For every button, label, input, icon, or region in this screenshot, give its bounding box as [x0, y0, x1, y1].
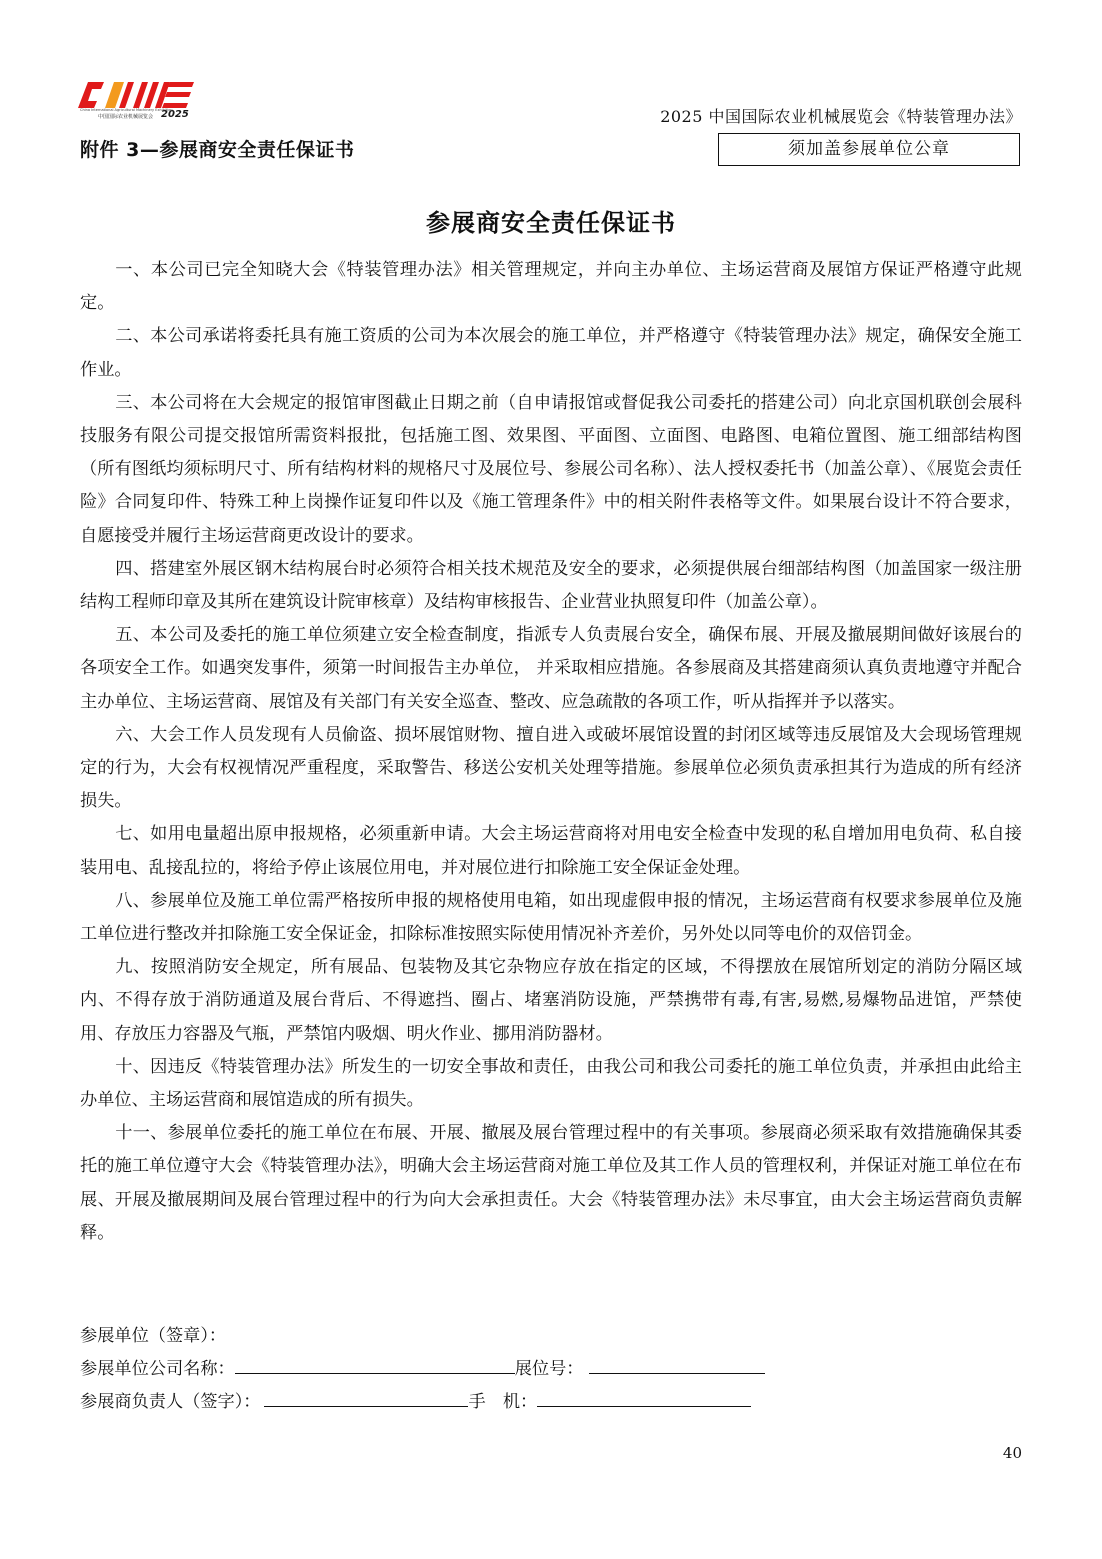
company-name-label: 参展单位公司名称： [80, 1353, 235, 1386]
document-body: 一、本公司已完全知晓大会《特装管理办法》相关管理规定，并向主办单位、主场运营商及… [80, 254, 1022, 1250]
seal-row: 参展单位（签章）： [80, 1320, 765, 1353]
stamp-notice-box: 须加盖参展单位公章 [718, 133, 1020, 166]
company-row: 参展单位公司名称： 展位号： [80, 1353, 765, 1386]
responsible-label: 参展商负责人（签字）： [80, 1386, 260, 1419]
booth-no-label: 展位号： [515, 1353, 584, 1386]
camie-logo-mark [78, 80, 194, 110]
booth-no-field[interactable] [589, 1355, 765, 1374]
responsible-signature-field[interactable] [264, 1388, 468, 1407]
clause-6: 六、大会工作人员发现有人员偷盗、损坏展馆财物、擅自进入或破坏展馆设置的封闭区域等… [80, 719, 1022, 819]
clause-1: 一、本公司已完全知晓大会《特装管理办法》相关管理规定，并向主办单位、主场运营商及… [80, 254, 1022, 320]
logo-year: 2025 [161, 109, 189, 120]
clause-2: 二、本公司承诺将委托具有施工资质的公司为本次展会的施工单位，并严格遵守《特装管理… [80, 320, 1022, 386]
phone-label: 手 机： [468, 1386, 537, 1419]
seal-label: 参展单位（签章）： [80, 1320, 226, 1353]
running-title: 2025 中国国际农业机械展览会《特装管理办法》 [660, 104, 1022, 127]
document-title: 参展商安全责任保证书 [0, 203, 1102, 238]
logo-subtitle-en: China International Agricultural Machine… [80, 108, 173, 112]
clause-11: 十一、参展单位委托的施工单位在布展、开展、撤展及展台管理过程中的有关事项。参展商… [80, 1117, 1022, 1250]
clause-4: 四、搭建室外展区钢木结构展台时必须符合相关技术规范及安全的要求，必须提供展台细部… [80, 553, 1022, 619]
clause-7: 七、如用电量超出原申报规格，必须重新申请。大会主场运营商将对用电安全检查中发现的… [80, 818, 1022, 884]
company-name-field[interactable] [235, 1355, 515, 1374]
camie-logo: China International Agricultural Machine… [78, 80, 194, 122]
phone-field[interactable] [537, 1388, 751, 1407]
annex-title: 附件 3—参展商安全责任保证书 [80, 135, 354, 162]
responsible-row: 参展商负责人（签字）： 手 机： [80, 1386, 765, 1419]
logo-subtitle-cn: 中国国际农业机械展览会 [98, 113, 153, 120]
clause-10: 十、因违反《特装管理办法》所发生的一切安全事故和责任，由我公司和我公司委托的施工… [80, 1051, 1022, 1117]
page-number: 40 [1003, 1444, 1022, 1462]
clause-8: 八、参展单位及施工单位需严格按所申报的规格使用电箱，如出现虚假申报的情况，主场运… [80, 885, 1022, 951]
clause-3: 三、本公司将在大会规定的报馆审图截止日期之前（自申请报馆或督促我公司委托的搭建公… [80, 387, 1022, 553]
clause-9: 九、按照消防安全规定，所有展品、包装物及其它杂物应存放在指定的区域，不得摆放在展… [80, 951, 1022, 1051]
clause-5: 五、本公司及委托的施工单位须建立安全检查制度，指派专人负责展台安全，确保布展、开… [80, 619, 1022, 719]
signature-block: 参展单位（签章）： 参展单位公司名称： 展位号： 参展商负责人（签字）： 手 机… [80, 1320, 765, 1419]
